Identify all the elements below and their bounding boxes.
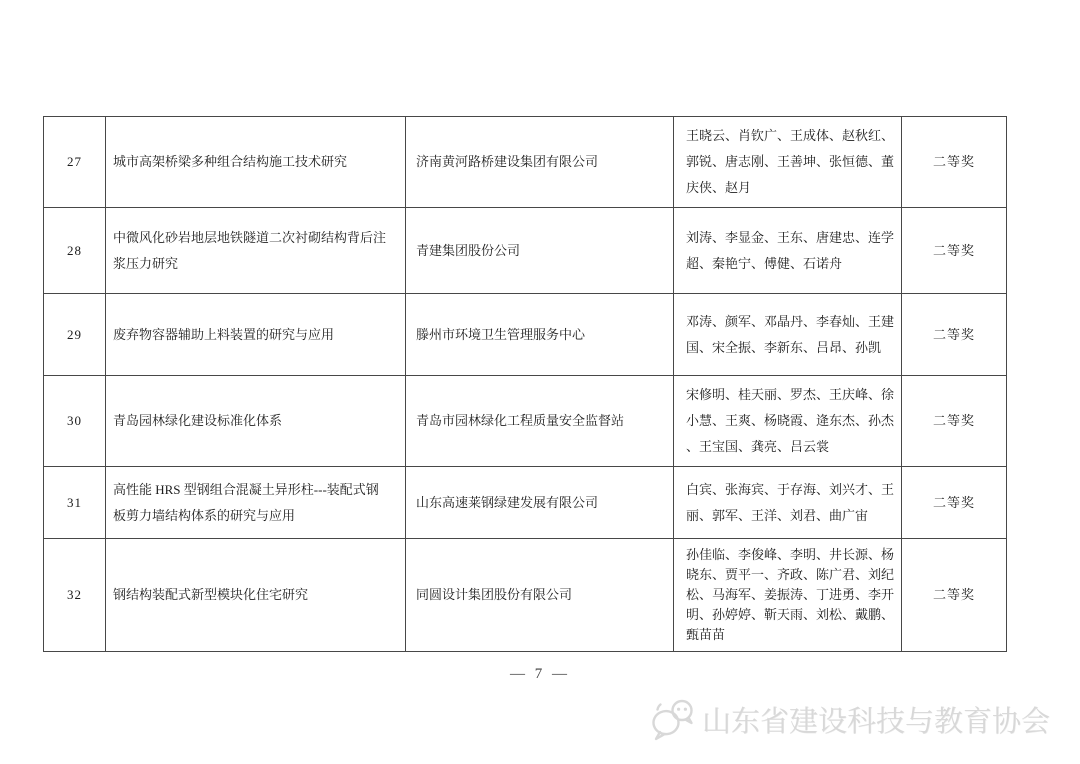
award-cell: 二等奖 (902, 208, 1007, 294)
organization-cell: 青岛市园林绿化工程质量安全监督站 (406, 376, 674, 467)
table-row: 28 中微风化砂岩地层地铁隧道二次衬砌结构背后注浆压力研究 青建集团股份公司 刘… (44, 208, 1007, 294)
table-row: 29 废弃物容器辅助上料装置的研究与应用 滕州市环境卫生管理服务中心 邓涛、颜军… (44, 294, 1007, 376)
participants-cell: 孙佳临、李俊峰、李明、井长源、杨晓东、贾平一、齐政、陈广君、刘纪松、马海军、姜振… (674, 539, 902, 652)
award-cell: 二等奖 (902, 467, 1007, 539)
project-name-cell: 城市高架桥梁多种组合结构施工技术研究 (106, 117, 406, 208)
table-row: 31 高性能 HRS 型钢组合混凝土异形柱---装配式钢板剪力墙结构体系的研究与… (44, 467, 1007, 539)
project-name-cell: 中微风化砂岩地层地铁隧道二次衬砌结构背后注浆压力研究 (106, 208, 406, 294)
award-cell: 二等奖 (902, 117, 1007, 208)
project-name-cell: 废弃物容器辅助上料装置的研究与应用 (106, 294, 406, 376)
participants-cell: 宋修明、桂天丽、罗杰、王庆峰、徐小慧、王爽、杨晓霞、逄东杰、孙杰、王宝国、龚亮、… (674, 376, 902, 467)
row-number-cell: 32 (44, 539, 106, 652)
row-number-cell: 31 (44, 467, 106, 539)
row-number-cell: 28 (44, 208, 106, 294)
organization-cell: 济南黄河路桥建设集团有限公司 (406, 117, 674, 208)
row-number-cell: 30 (44, 376, 106, 467)
row-number-cell: 29 (44, 294, 106, 376)
wechat-logo-icon (648, 697, 698, 747)
table-row: 30 青岛园林绿化建设标准化体系 青岛市园林绿化工程质量安全监督站 宋修明、桂天… (44, 376, 1007, 467)
project-name-cell: 钢结构装配式新型模块化住宅研究 (106, 539, 406, 652)
organization-cell: 同圆设计集团股份有限公司 (406, 539, 674, 652)
page-number: — 7 — (0, 666, 1080, 683)
organization-cell: 滕州市环境卫生管理服务中心 (406, 294, 674, 376)
project-name-cell: 高性能 HRS 型钢组合混凝土异形柱---装配式钢板剪力墙结构体系的研究与应用 (106, 467, 406, 539)
participants-cell: 刘涛、李显金、王东、唐建忠、连学超、秦艳宁、傅健、石诺舟 (674, 208, 902, 294)
award-cell: 二等奖 (902, 294, 1007, 376)
row-number-cell: 27 (44, 117, 106, 208)
award-cell: 二等奖 (902, 539, 1007, 652)
table-row: 27 城市高架桥梁多种组合结构施工技术研究 济南黄河路桥建设集团有限公司 王晓云… (44, 117, 1007, 208)
watermark-text: 山东省建设科技与教育协会 (702, 697, 1050, 747)
table-row: 32 钢结构装配式新型模块化住宅研究 同圆设计集团股份有限公司 孙佳临、李俊峰、… (44, 539, 1007, 652)
participants-cell: 邓涛、颜军、邓晶丹、李春灿、王建国、宋全振、李新东、吕昂、孙凯 (674, 294, 902, 376)
participants-cell: 王晓云、肖钦广、王成体、赵秋红、郭锐、唐志刚、王善坤、张恒德、董庆侠、赵月 (674, 117, 902, 208)
project-name-cell: 青岛园林绿化建设标准化体系 (106, 376, 406, 467)
organization-cell: 山东高速莱钢绿建发展有限公司 (406, 467, 674, 539)
organization-cell: 青建集团股份公司 (406, 208, 674, 294)
document-page: 27 城市高架桥梁多种组合结构施工技术研究 济南黄河路桥建设集团有限公司 王晓云… (0, 0, 1080, 764)
watermark: 山东省建设科技与教育协会 (648, 694, 1050, 750)
award-cell: 二等奖 (902, 376, 1007, 467)
awards-table: 27 城市高架桥梁多种组合结构施工技术研究 济南黄河路桥建设集团有限公司 王晓云… (43, 116, 1007, 652)
awards-table-body: 27 城市高架桥梁多种组合结构施工技术研究 济南黄河路桥建设集团有限公司 王晓云… (44, 117, 1007, 652)
participants-cell: 白宾、张海宾、于存海、刘兴才、王丽、郭军、王洋、刘君、曲广宙 (674, 467, 902, 539)
